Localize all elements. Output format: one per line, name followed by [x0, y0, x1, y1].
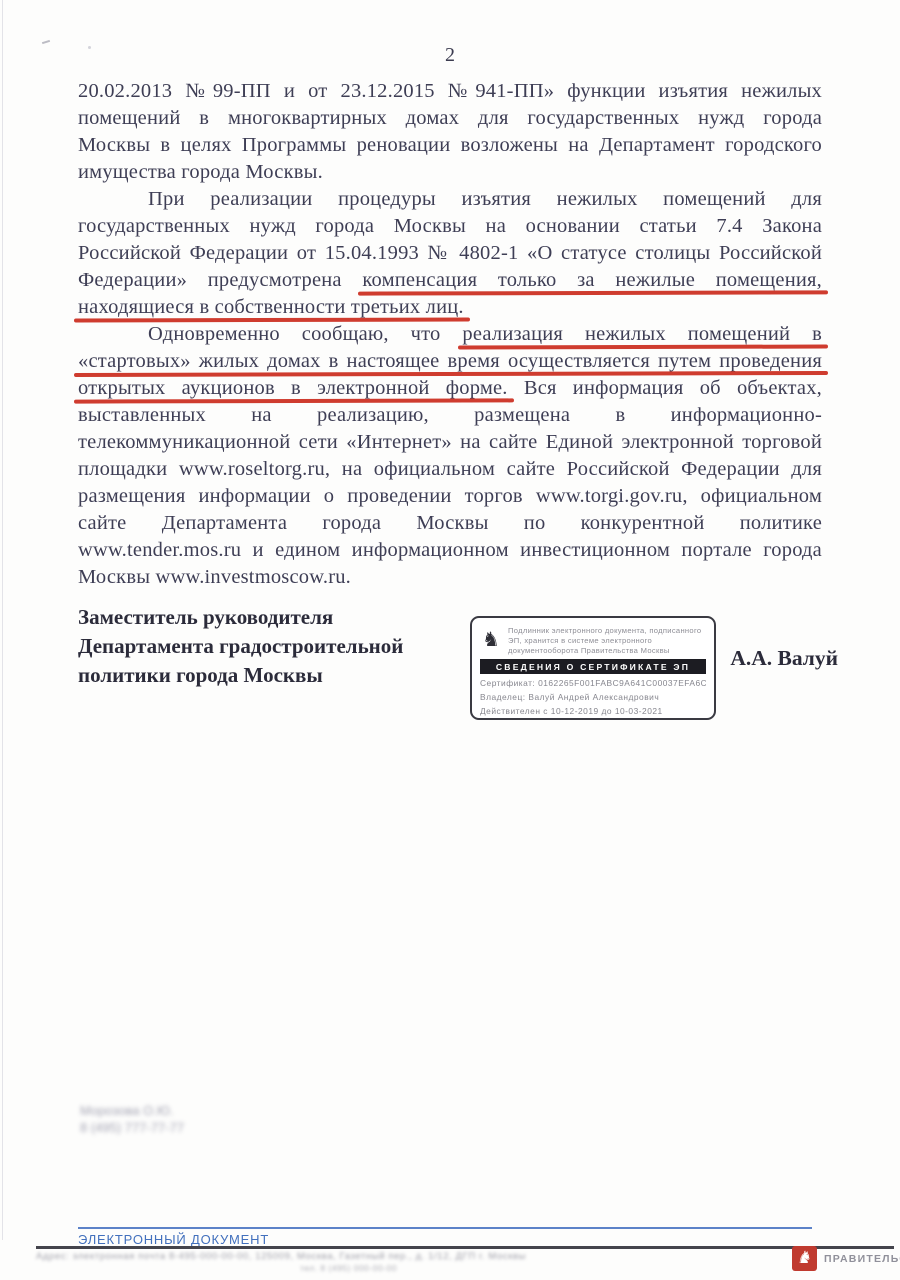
text-segment: Федерации» предусмотрена — [78, 269, 342, 291]
paragraph: При реализации процедуры изъятия нежилых… — [78, 186, 822, 321]
paragraph: Одновременно сообщаю, что реализация неж… — [78, 321, 822, 591]
text-segment: Вся информация об объектах, — [524, 377, 822, 399]
text-segment: Одновременно сообщаю, что — [148, 323, 441, 345]
text-segment: Москвы в целях Программы реновации возло… — [78, 134, 822, 156]
stamp-owner: Владелец: Валуй Андрей Александрович — [480, 692, 706, 702]
moscow-emblem-icon: ♞ — [480, 625, 502, 655]
text-line: размещения информации о проведении торго… — [78, 483, 822, 510]
text-line: www.tender.mos.ru и едином информационно… — [78, 537, 822, 564]
text-segment: телекоммуникационной сети «Интернет» на … — [78, 431, 822, 453]
footer-blue-rule — [78, 1227, 812, 1229]
stamp-validity: Действителен с 10-12-2019 до 10-03-2021 — [480, 706, 706, 716]
text-segment: сайте Департамента города Москвы по конк… — [78, 512, 822, 534]
text-line: Российской Федерации от 15.04.1993 № 480… — [78, 240, 822, 267]
text-segment: площадки www.roseltorg.ru, на официально… — [78, 458, 822, 480]
text-segment: Москвы www.investmoscow.ru. — [78, 566, 351, 588]
text-line: Одновременно сообщаю, что реализация неж… — [78, 321, 822, 348]
text-line: государственных нужд города Москвы на ос… — [78, 213, 822, 240]
footer-phone-blurred: тел. 8 (495) 000-00-00 — [300, 1263, 397, 1273]
red-underlined-phrase: находящиеся в собственности третьих лиц. — [78, 296, 464, 318]
page-number: 2 — [0, 44, 900, 67]
text-segment: имущества города Москвы. — [78, 161, 323, 183]
text-segment: При реализации процедуры изъятия нежилых… — [148, 188, 822, 210]
executor-name-blurred: Морозова О.Ю. — [80, 1102, 184, 1119]
signature-stamp: ♞ Подлинник электронного документа, подп… — [470, 616, 716, 720]
text-line: При реализации процедуры изъятия нежилых… — [78, 186, 822, 213]
text-segment: 20.02.2013 №99-ПП и от 23.12.2015 №941-П… — [78, 80, 822, 102]
stamp-header: ♞ Подлинник электронного документа, подп… — [480, 625, 706, 655]
red-underlined-phrase: реализация нежилых помещений в — [462, 323, 822, 345]
text-line: находящиеся в собственности третьих лиц. — [78, 294, 822, 321]
text-segment: государственных нужд города Москвы на ос… — [78, 215, 822, 237]
signatory-name: А.А. Валуй — [730, 646, 838, 671]
text-line: Департамента градостроительной — [78, 632, 438, 661]
text-line: имущества города Москвы. — [78, 159, 822, 186]
red-underlined-phrase: «стартовых» жилых домах в настоящее врем… — [78, 350, 822, 372]
text-line: Федерации» предусмотрена компенсация тол… — [78, 267, 822, 294]
text-line: открытых аукционов в электронной форме. … — [78, 375, 822, 402]
text-line: выставленных на реализацию, размещена в … — [78, 402, 822, 429]
government-label: ПРАВИТЕЛЬСТ — [824, 1253, 900, 1265]
red-underlined-phrase: компенсация только за нежилые помещения, — [362, 269, 822, 291]
scanned-document-page: 2 20.02.2013 №99-ПП и от 23.12.2015 №941… — [0, 0, 900, 1280]
text-line: помещений в многоквартирных домах для го… — [78, 105, 822, 132]
text-segment: помещений в многоквартирных домах для го… — [78, 107, 822, 129]
text-line: политики города Москвы — [78, 661, 438, 690]
signatory-position: Заместитель руководителяДепартамента гра… — [78, 603, 438, 690]
footer-address-blurred: Адрес: электронная почта 8-495-000-00-00… — [36, 1251, 576, 1262]
text-line: Заместитель руководителя — [78, 603, 438, 632]
text-line: площадки www.roseltorg.ru, на официально… — [78, 456, 822, 483]
stamp-intro-text: Подлинник электронного документа, подпис… — [508, 625, 706, 655]
stamp-certificate-number: Сертификат: 0162265F001FABC9A641C00037EF… — [480, 678, 706, 688]
text-line: сайте Департамента города Москвы по конк… — [78, 510, 822, 537]
scan-edge-artifact — [2, 0, 3, 1240]
moscow-government-logo: ♞ — [792, 1246, 817, 1271]
text-line: 20.02.2013 №99-ПП и от 23.12.2015 №941-П… — [78, 78, 822, 105]
executor-contact-blurred: Морозова О.Ю. 8 (495) 777-77-77 — [80, 1102, 184, 1136]
stamp-certificate-title: СВЕДЕНИЯ О СЕРТИФИКАТЕ ЭП — [480, 659, 706, 674]
paragraph: 20.02.2013 №99-ПП и от 23.12.2015 №941-П… — [78, 78, 822, 186]
text-line: телекоммуникационной сети «Интернет» на … — [78, 429, 822, 456]
text-segment: размещения информации о проведении торго… — [78, 485, 822, 507]
text-line: Москвы www.investmoscow.ru. — [78, 564, 822, 591]
executor-phone-blurred: 8 (495) 777-77-77 — [80, 1119, 184, 1136]
text-segment: Российской Федерации от 15.04.1993 № 480… — [78, 242, 822, 264]
text-line: Москвы в целях Программы реновации возло… — [78, 132, 822, 159]
red-underlined-phrase: открытых аукционов в электронной форме. — [78, 377, 508, 399]
text-segment: www.tender.mos.ru и едином информационно… — [78, 539, 822, 561]
text-line: «стартовых» жилых домах в настоящее врем… — [78, 348, 822, 375]
footer-dark-rule — [36, 1246, 894, 1249]
text-segment: выставленных на реализацию, размещена в … — [78, 404, 822, 426]
letter-body: 20.02.2013 №99-ПП и от 23.12.2015 №941-П… — [78, 78, 822, 591]
